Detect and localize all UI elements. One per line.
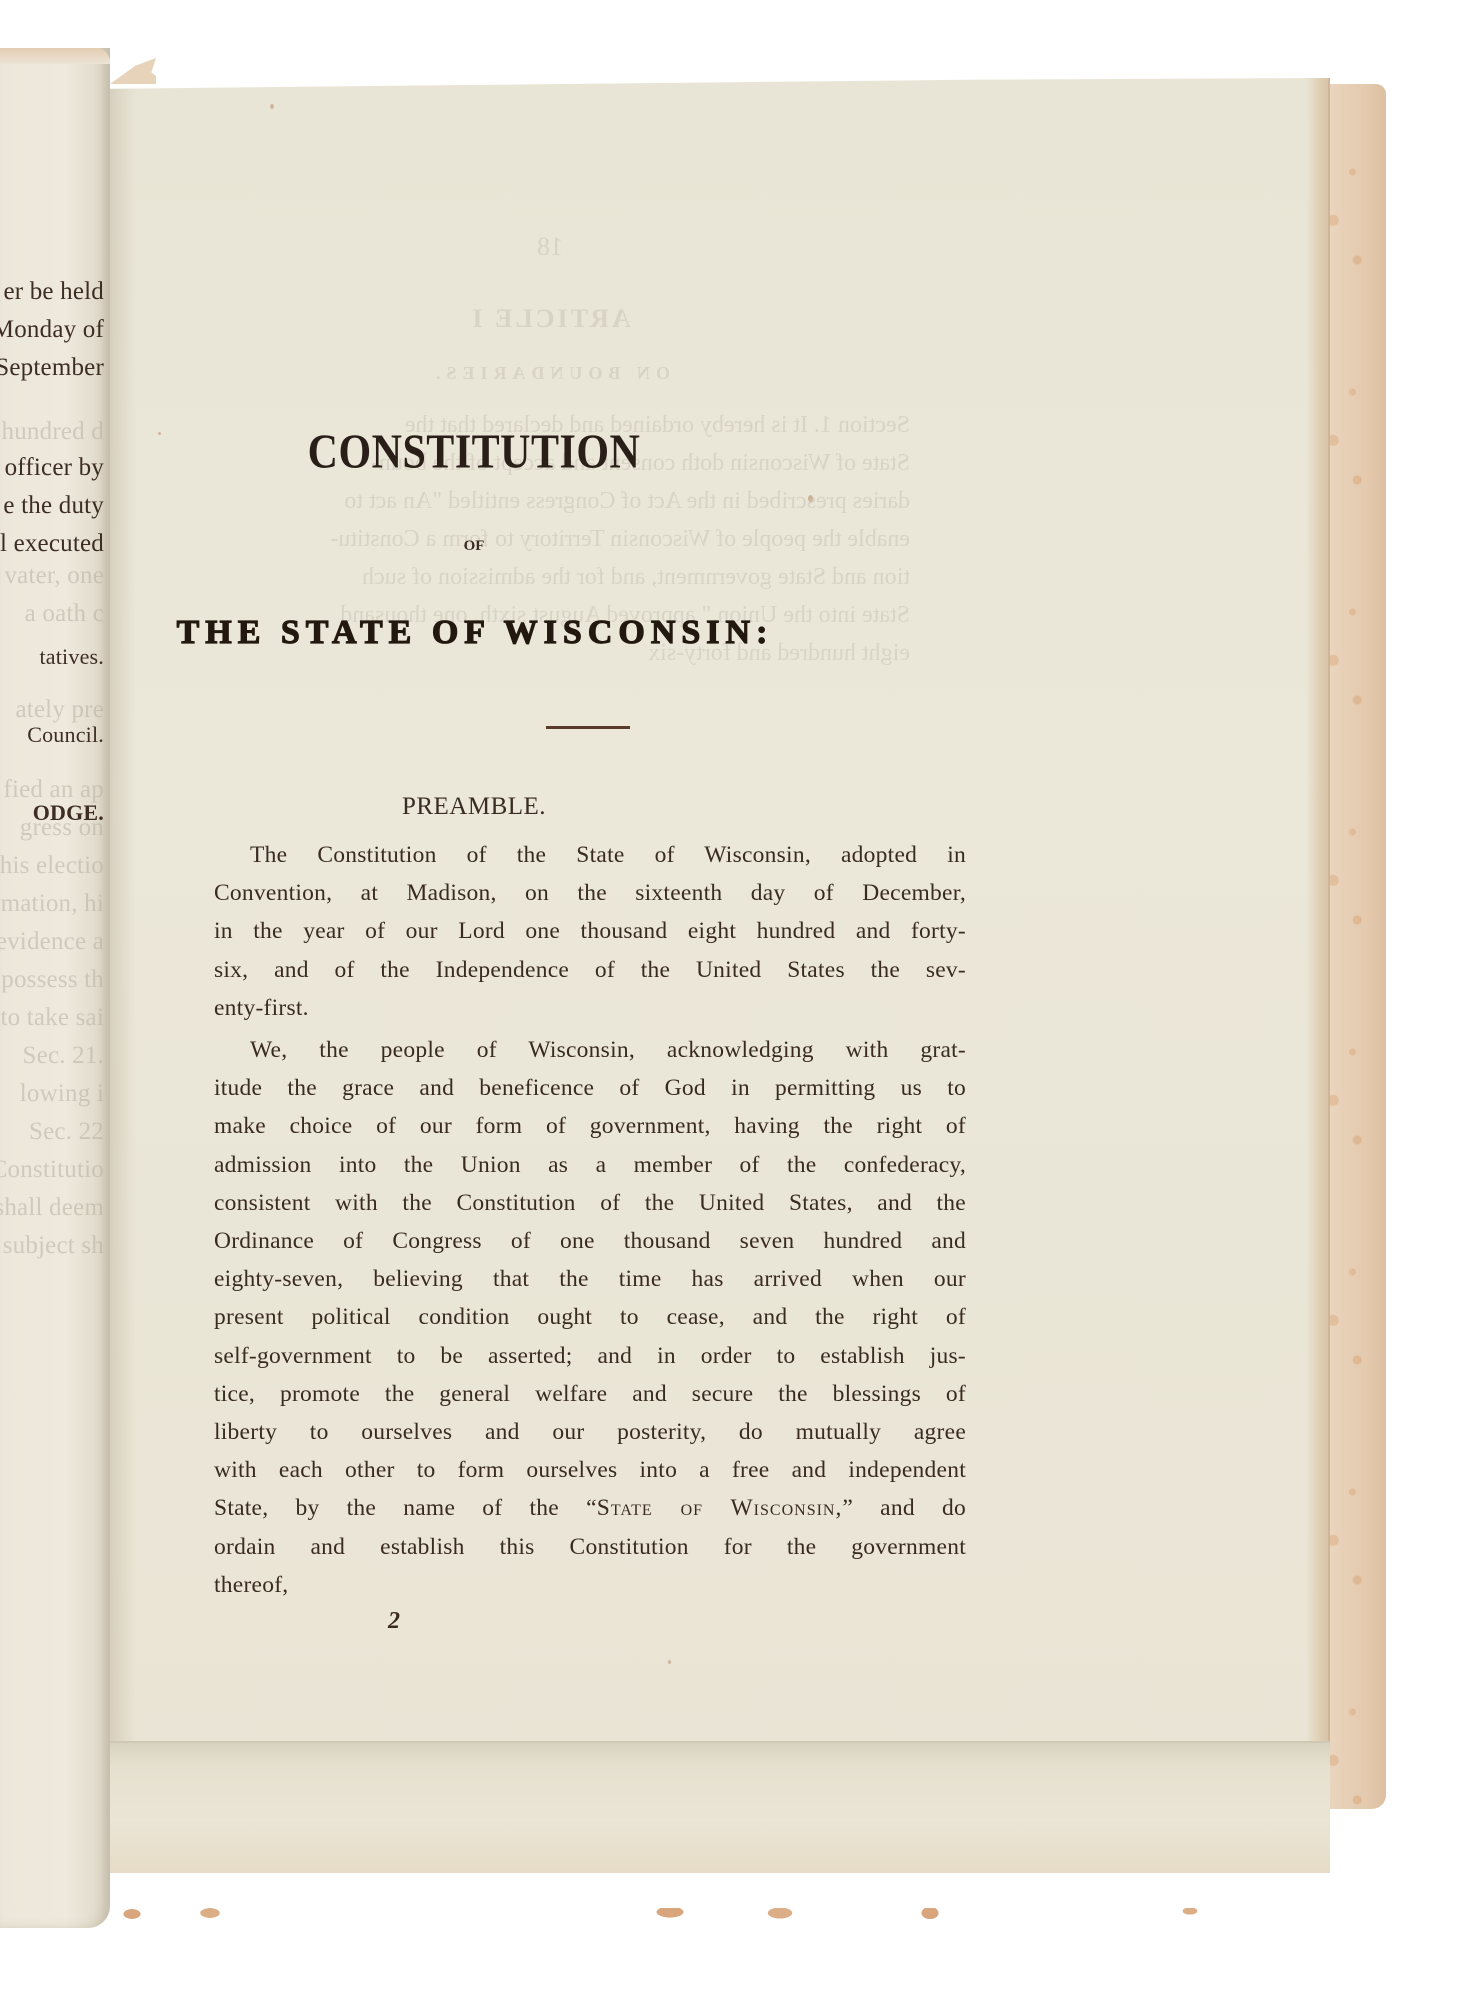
page-bottom-fold [110, 1741, 1330, 1873]
left-page: hundred d vater, one a oath c ately pre … [0, 48, 110, 1928]
state-name-smallcaps: State of Wisconsin, [597, 1495, 843, 1521]
preamble-heading: PREAMBLE. [194, 793, 754, 821]
left-bleed-line: evidence a [0, 928, 104, 956]
left-bleed-line: hundred d [2, 418, 104, 446]
left-bleed-line: Constitutio [0, 1156, 104, 1184]
left-bleed-line: subject sh [3, 1232, 104, 1260]
torn-paper-flap [110, 58, 156, 84]
left-text-line: er be held [3, 278, 104, 306]
left-text-line: Monday of [0, 316, 104, 344]
text-line: tice, promote the general welfare and se… [214, 1375, 966, 1413]
bleed-article-heading: ARTICLE I [190, 300, 910, 338]
text-line: in the year of our Lord one thousand eig… [214, 912, 966, 950]
text-line: thereof, [214, 1566, 966, 1604]
bleed-line: tion and State government, and for the a… [190, 558, 910, 596]
left-text-line: l executed [0, 530, 104, 558]
document-title: CONSTITUTION [194, 425, 754, 480]
torn-bottom-edge [110, 1908, 1310, 1928]
left-bleed-line: this electio [0, 852, 104, 880]
text-line: Convention, at Madison, on the sixteenth… [214, 874, 966, 912]
text-line: enty-first. [214, 989, 966, 1027]
text-line: eighty-seven, believing that the time ha… [214, 1260, 966, 1298]
left-bleed-line: Sec. 22 [29, 1118, 104, 1146]
left-bleed-line: shall deem [0, 1194, 104, 1222]
text-line: Ordinance of Congress of one thousand se… [214, 1222, 966, 1260]
section-divider-rule [546, 726, 630, 729]
left-text-line: officer by [5, 454, 104, 482]
left-bleed-line: possess th [1, 966, 104, 994]
left-text-line: e the duty [3, 492, 104, 520]
text-line: consistent with the Constitution of the … [214, 1184, 966, 1222]
text-line: make choice of our form of government, h… [214, 1107, 966, 1145]
text-line: admission into the Union as a member of … [214, 1146, 966, 1184]
text-line: liberty to ourselves and our posterity, … [214, 1413, 966, 1451]
left-bleed-line: ately pre [15, 696, 104, 724]
text-line: present political condition ought to cea… [214, 1298, 966, 1336]
left-bleed-line: to take sai [0, 1004, 104, 1032]
text-line: ordain and establish this Constitution f… [214, 1528, 966, 1566]
left-text-line: Council. [27, 722, 104, 748]
text-fragment: State, by the name of the “ [214, 1495, 597, 1521]
text-line: We, the people of Wisconsin, acknowledgi… [214, 1031, 966, 1069]
left-bleed-line: Sec. 21. [23, 1042, 104, 1070]
gutter-shadow [110, 78, 136, 1873]
text-line: itude the grace and beneficence of God i… [214, 1069, 966, 1107]
page-number: 2 [388, 1608, 400, 1635]
bleed-subheading: ON BOUNDARIES. [190, 354, 910, 392]
page-fore-edge [1306, 78, 1330, 1873]
text-line: The Constitution of the State of Wiscons… [214, 836, 966, 874]
text-line: six, and of the Independence of the Unit… [214, 951, 966, 989]
text-fragment: ” and do [842, 1495, 966, 1521]
left-text-line: ODGE. [33, 800, 104, 826]
left-text-line: September [0, 354, 104, 382]
text-line: with each other to form ourselves into a… [214, 1451, 966, 1489]
left-bleed-line: mation, hi [1, 890, 104, 918]
left-bleed-line: vater, one [4, 562, 104, 590]
title-connector: OF [194, 538, 754, 555]
bleed-line: daries prescribed in the Act of Congress… [190, 482, 910, 520]
bleed-page-number: 18 [190, 228, 910, 266]
preamble-body: The Constitution of the State of Wiscons… [214, 836, 966, 1604]
text-line-with-smallcaps: State, by the name of the “State of Wisc… [214, 1489, 966, 1527]
text-line: self-government to be asserted; and in o… [214, 1337, 966, 1375]
document-subtitle: THE STATE OF WISCONSIN: [90, 614, 860, 652]
left-bleed-line: lowing i [20, 1080, 104, 1108]
left-page-top-edge [0, 48, 110, 64]
